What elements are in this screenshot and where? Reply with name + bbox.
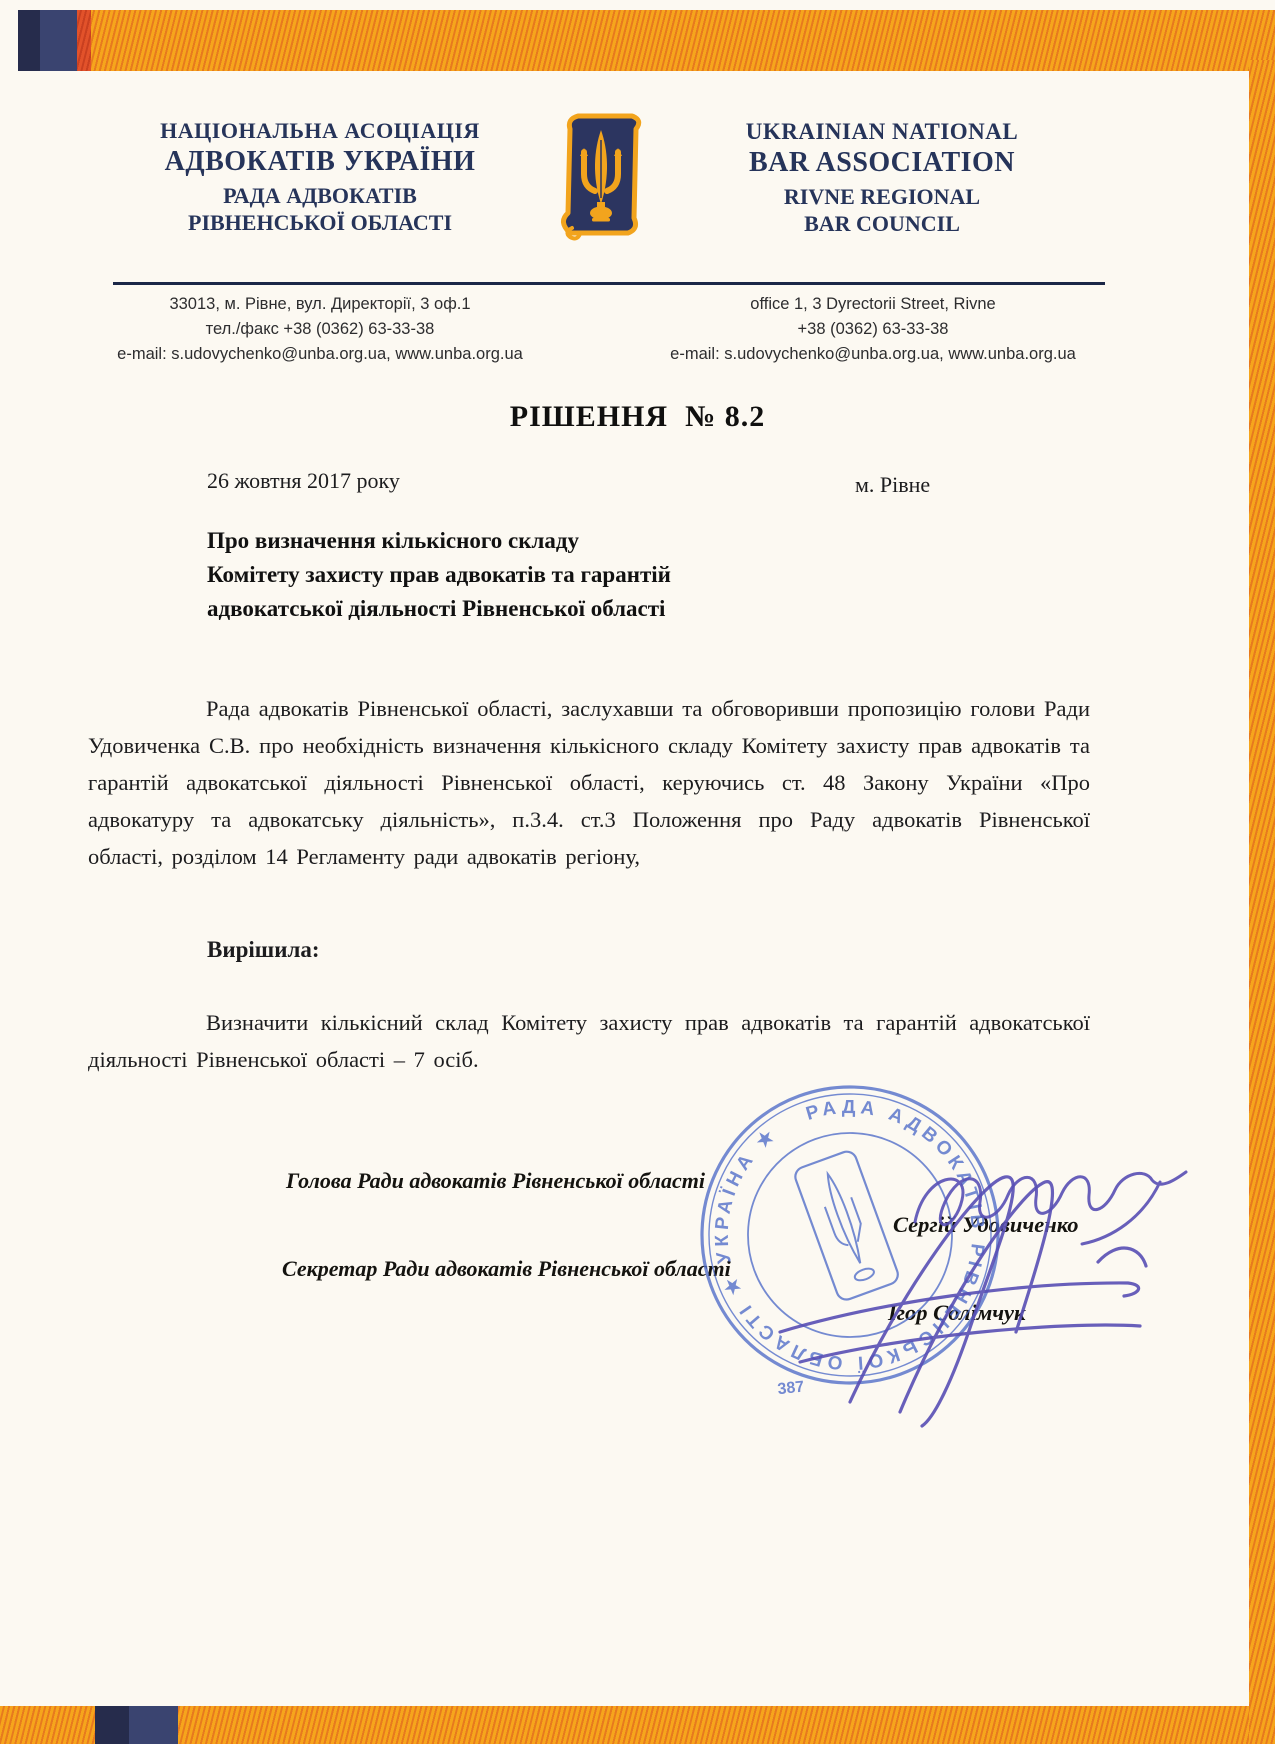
org-line: РІВНЕНСЬКОЇ ОБЛАСТІ bbox=[140, 210, 500, 237]
resolution-label: Вирішила: bbox=[207, 937, 320, 963]
email-line: e-mail: s.udovychenko@unba.org.ua, www.u… bbox=[648, 342, 1098, 367]
subject-line: Про визначення кількісного складу bbox=[207, 524, 767, 558]
unba-logo-icon bbox=[548, 110, 650, 242]
org-line: RIVNE REGIONAL bbox=[712, 184, 1052, 211]
subject-line: адвокатської діяльності Рівненської обла… bbox=[207, 592, 767, 626]
body-paragraph: Рада адвокатів Рівненської області, засл… bbox=[88, 690, 1090, 875]
masthead-divider bbox=[113, 282, 1105, 285]
head-signature-title: Голова Ради адвокатів Рівненської област… bbox=[286, 1168, 705, 1194]
org-name-ukrainian: НАЦІОНАЛЬНА АСОЦІАЦІЯ АДВОКАТІВ УКРАЇНИ … bbox=[140, 118, 500, 237]
org-line: BAR COUNCIL bbox=[712, 211, 1052, 238]
org-line: BAR ASSOCIATION bbox=[712, 146, 1052, 180]
phone-line: тел./факс +38 (0362) 63-33-38 bbox=[100, 317, 540, 342]
document-title: РІШЕННЯ № 8.2 bbox=[0, 400, 1275, 434]
contact-block-english: office 1, 3 Dyrectorii Street, Rivne +38… bbox=[648, 292, 1098, 366]
org-line: UKRAINIAN NATIONAL bbox=[712, 118, 1052, 146]
scanned-decision-document: НАЦІОНАЛЬНА АСОЦІАЦІЯ АДВОКАТІВ УКРАЇНИ … bbox=[0, 0, 1275, 1744]
org-name-english: UKRAINIAN NATIONAL BAR ASSOCIATION RIVNE… bbox=[712, 118, 1052, 238]
band-navy-segment bbox=[18, 10, 40, 71]
document-date: 26 жовтня 2017 року bbox=[207, 468, 400, 494]
bottom-ornament-band bbox=[0, 1706, 1249, 1744]
address-line: 33013, м. Рівне, вул. Директорії, 3 оф.1 bbox=[100, 292, 540, 317]
band-navy-segment-light bbox=[129, 1706, 178, 1744]
secretary-signature-title: Секретар Ради адвокатів Рівненської обла… bbox=[282, 1256, 731, 1282]
stamp-number: 387 bbox=[777, 1378, 805, 1398]
right-ornament-band bbox=[1249, 60, 1275, 1744]
secretary-signature-name: Ігор Солімчук bbox=[888, 1300, 1025, 1326]
org-line: АДВОКАТІВ УКРАЇНИ bbox=[140, 145, 500, 179]
org-line: НАЦІОНАЛЬНА АСОЦІАЦІЯ bbox=[140, 118, 500, 145]
top-ornament-band bbox=[18, 10, 1275, 71]
band-navy-segment bbox=[95, 1706, 129, 1744]
band-red-segment bbox=[77, 10, 91, 71]
email-line: e-mail: s.udovychenko@unba.org.ua, www.u… bbox=[100, 342, 540, 367]
document-subject: Про визначення кількісного складу Коміте… bbox=[207, 524, 767, 626]
contact-block-ukrainian: 33013, м. Рівне, вул. Директорії, 3 оф.1… bbox=[100, 292, 540, 366]
subject-line: Комітету захисту прав адвокатів та гаран… bbox=[207, 558, 767, 592]
document-place: м. Рівне bbox=[855, 472, 930, 498]
address-line: office 1, 3 Dyrectorii Street, Rivne bbox=[648, 292, 1098, 317]
phone-line: +38 (0362) 63-33-38 bbox=[648, 317, 1098, 342]
head-signature-name: Сергій Удовиченко bbox=[893, 1212, 1079, 1238]
stamp-and-signatures-overlay: РАДА АДВОКАТІВ РІВНЕНСЬКОЇ ОБЛАСТІ ★ УКР… bbox=[600, 1030, 1200, 1460]
org-line: РАДА АДВОКАТІВ bbox=[140, 183, 500, 210]
band-navy-segment-light bbox=[40, 10, 77, 71]
resolution-paragraph: Визначити кількісний склад Комітету захи… bbox=[88, 1004, 1090, 1078]
